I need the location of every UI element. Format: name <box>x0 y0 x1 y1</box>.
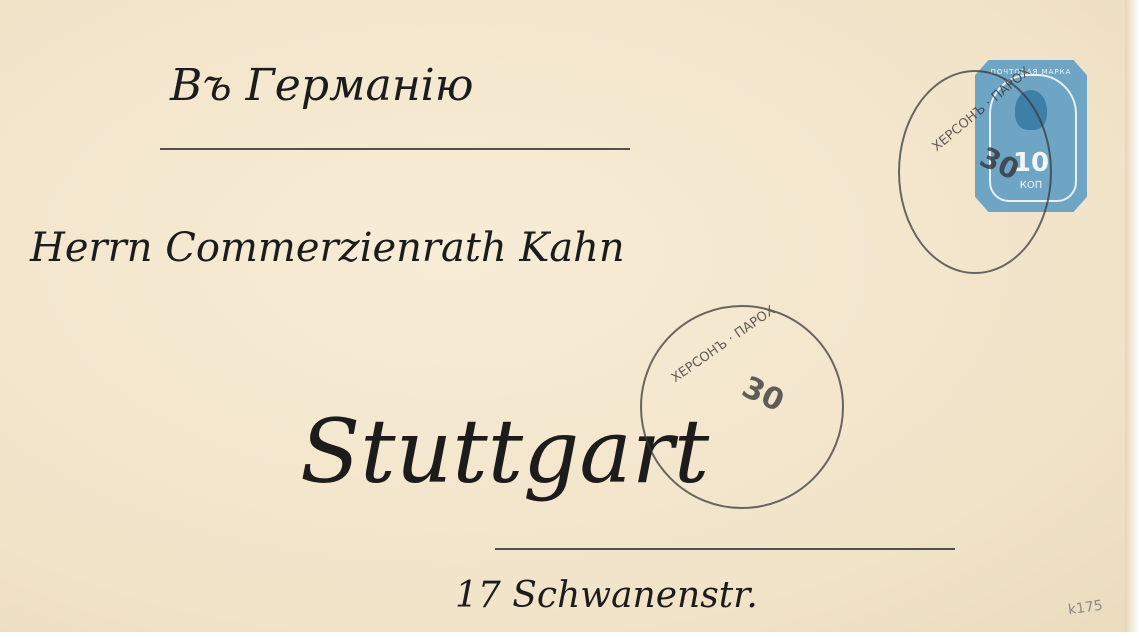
postmark-2: ХЕРСОНЪ · ПАРОХ 30 <box>640 305 844 509</box>
postmark-1-text: ХЕРСОНЪ · ПАРОХ <box>930 64 1034 155</box>
street-text: 17 Schwanenstr. <box>455 575 758 616</box>
postmark-2-day: 30 <box>737 370 790 419</box>
pencil-note: k175 <box>1067 598 1104 619</box>
envelope: Въ Германію Herrn Commerzienrath Kahn St… <box>0 0 1139 638</box>
destination-country-text: Въ Германію <box>170 60 474 111</box>
envelope-edge <box>1125 0 1139 638</box>
postmark-1-day: 30 <box>975 140 1024 186</box>
addressee-text: Herrn Commerzienrath Kahn <box>30 225 625 271</box>
underline-country <box>160 148 630 150</box>
postmark-2-text: ХЕРСОНЪ · ПАРОХ <box>669 303 778 386</box>
scan-border <box>0 632 1139 638</box>
underline-city <box>495 548 955 550</box>
postmark-1: ХЕРСОНЪ · ПАРОХ 30 <box>898 70 1052 274</box>
